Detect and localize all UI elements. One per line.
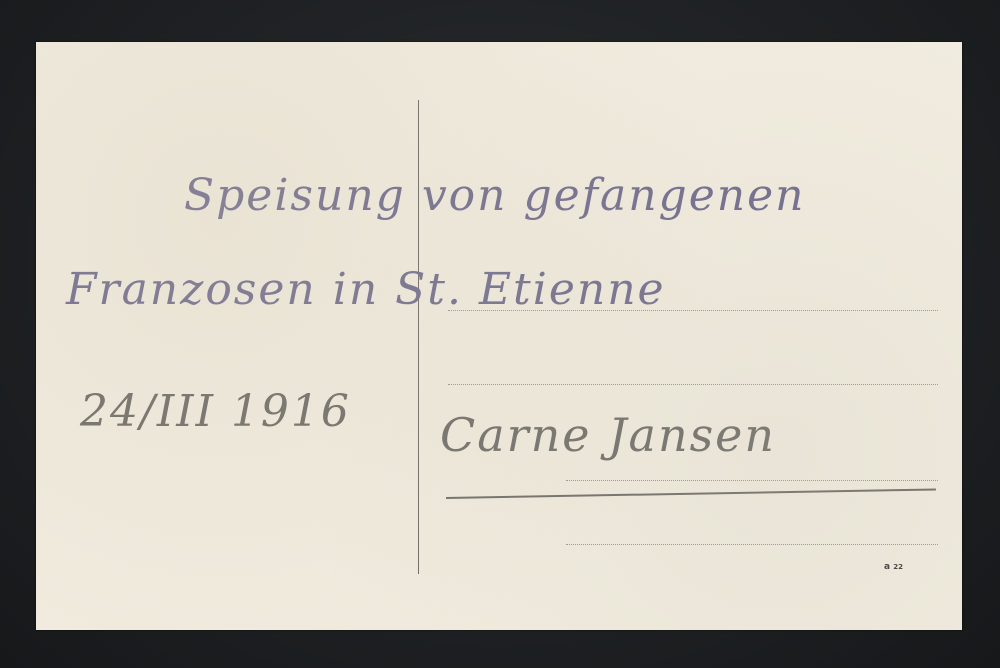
print-code: a 22 [884, 562, 903, 572]
print-code-number: 22 [893, 563, 903, 571]
handwritten-signature: Carne Jansen [440, 408, 776, 462]
signature-underline [446, 488, 936, 499]
handwritten-date: 24/III 1916 [80, 386, 351, 437]
address-line-2 [448, 384, 938, 385]
postcard: Speisung von gefangenen Franzosen in St.… [36, 42, 962, 630]
handwritten-line-2: Franzosen in St. Etienne [66, 264, 666, 315]
address-line-3 [566, 480, 938, 481]
handwritten-line-1: Speisung von gefangenen [184, 170, 805, 221]
address-line-1 [448, 310, 938, 311]
address-line-4 [566, 544, 938, 545]
postcard-divider-line [418, 100, 419, 574]
print-code-letter: a [884, 562, 890, 572]
